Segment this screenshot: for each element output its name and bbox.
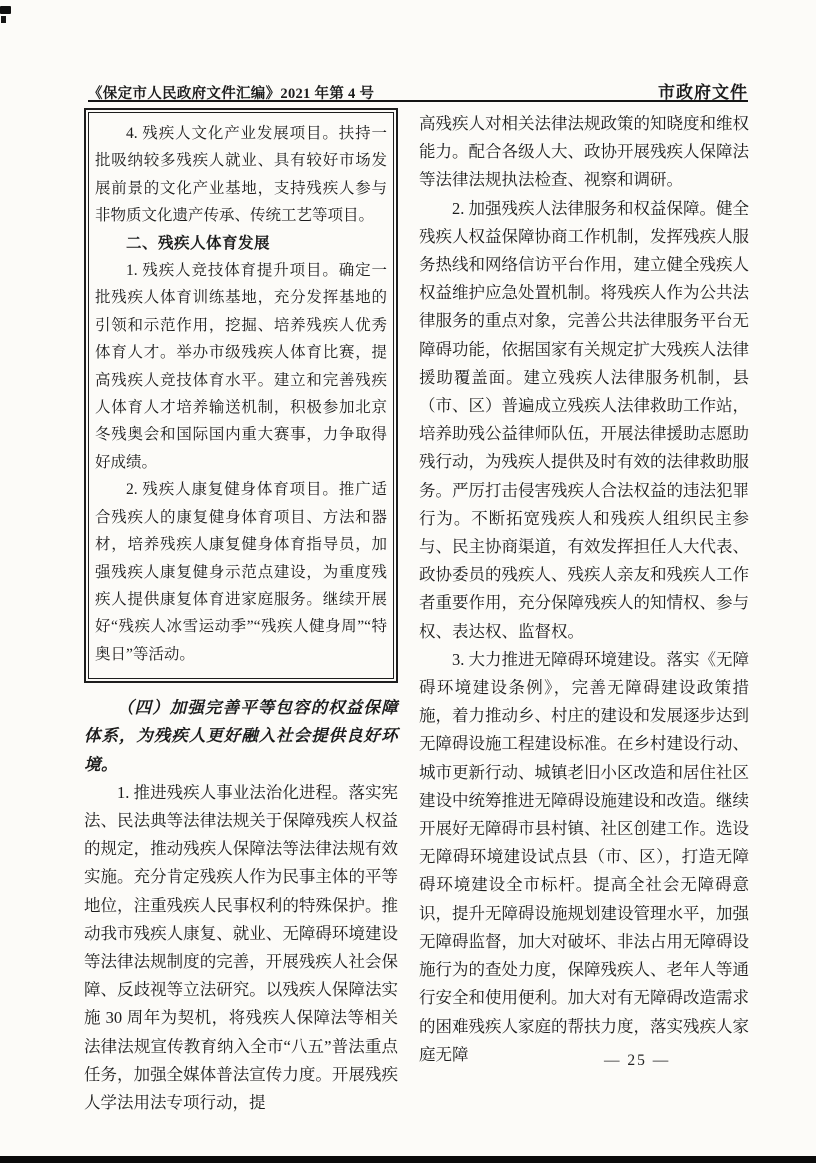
scan-artifact-bottom-band (0, 1156, 816, 1163)
header-divider-rule (88, 100, 748, 102)
box-heading-sports-development: 二、残疾人体育发展 (95, 230, 387, 257)
paragraph-legal-services: 2. 加强残疾人法律服务和权益保障。健全残疾人权益保障协商工作机制，发挥残疾人服… (419, 195, 749, 646)
box-paragraph-rehab-fitness: 2. 残疾人康复健身体育项目。推广适合残疾人的康复健身体育项目、方法和器材，培养… (95, 476, 387, 668)
paragraph-section-four-heading: （四）加强完善平等包容的权益保障体系，为残疾人更好融入社会提供良好环境。 (84, 694, 398, 779)
boxed-section: 4. 残疾人文化产业发展项目。扶持一批吸纳较多残疾人就业、具有较好市场发展前景的… (84, 108, 398, 683)
box-paragraph-culture-project: 4. 残疾人文化产业发展项目。扶持一批吸纳较多残疾人就业、具有较好市场发展前景的… (95, 120, 387, 230)
box-paragraph-competitive-sports: 1. 残疾人竞技体育提升项目。确定一批残疾人体育训练基地，充分发挥基地的引领和示… (95, 257, 387, 476)
paragraph-barrier-free-environment: 3. 大力推进无障碍环境建设。落实《无障碍环境建设条例》，完善无障碍建设政策措施… (419, 646, 749, 1069)
paragraph-legal-progress: 1. 推进残疾人事业法治化进程。落实宪法、民法典等法律法规关于保障残疾人权益的规… (84, 779, 398, 1117)
scan-artifact-top-left (0, 6, 11, 14)
document-page: 《保定市人民政府文件汇编》2021 年第 4 号 市政府文件 4. 残疾人文化产… (0, 0, 816, 1163)
boxed-section-inner: 4. 残疾人文化产业发展项目。扶持一批吸纳较多残疾人就业、具有较好市场发展前景的… (88, 112, 394, 679)
scan-artifact-top-left-small (1, 16, 6, 23)
right-column: 高残疾人对相关法律法规政策的知晓度和维权能力。配合各级人大、政协开展残疾人保障法… (419, 110, 749, 1069)
page-number: — 25 — (604, 1052, 670, 1070)
left-column: 4. 残疾人文化产业发展项目。扶持一批吸纳较多残疾人就业、具有较好市场发展前景的… (84, 108, 398, 1117)
paragraph-continuation-awareness: 高残疾人对相关法律法规政策的知晓度和维权能力。配合各级人大、政协开展残疾人保障法… (419, 110, 749, 195)
